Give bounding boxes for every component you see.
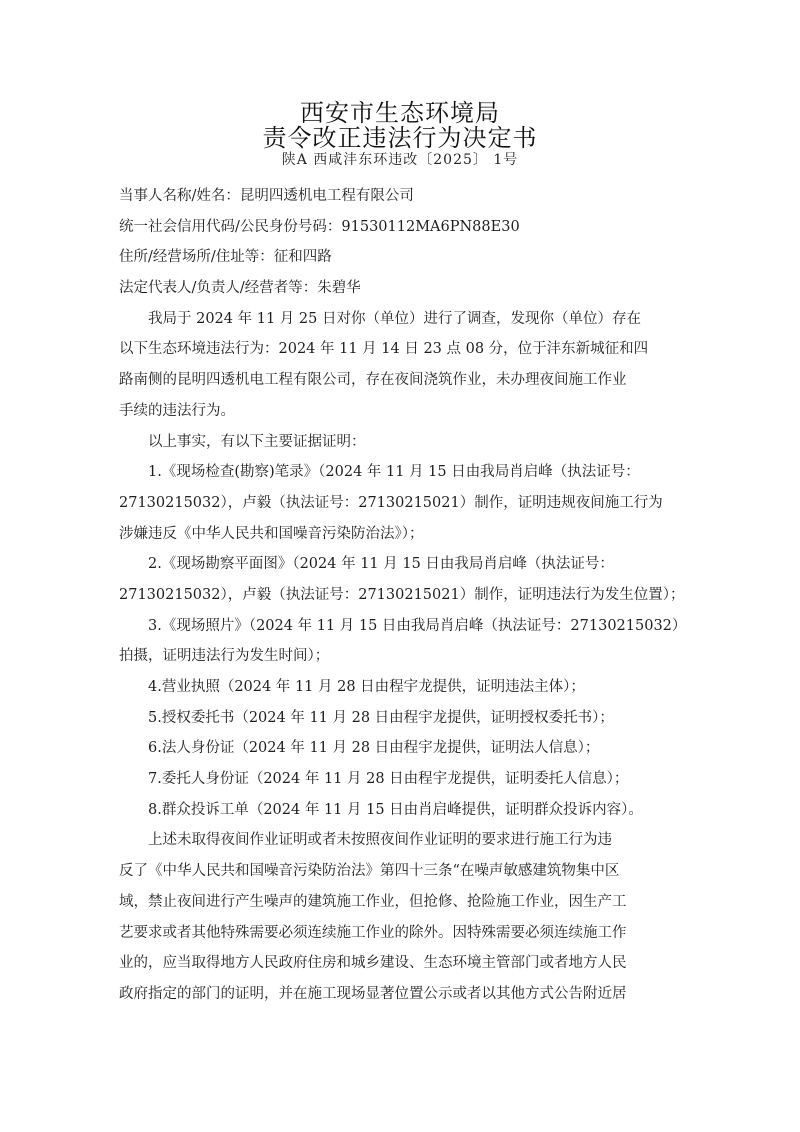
evidence-line: 涉嫌违反《中华人民共和国噪音污染防治法》）； [119,519,681,550]
evidence-item-8: 8.群众投诉工单（2024 年 11 月 15 日由肖启峰提供，证明群众投诉内容… [119,795,681,826]
legal-rep-row: 法定代表人/负责人/经营者等：朱碧华 [119,273,681,304]
evidence-line: 1.《现场检查(勘察)笔录》（2024 年 11 月 15 日由我局肖启峰（执法… [119,457,681,488]
credit-code-row: 统一社会信用代码/公民身份号码：91530112MA6PN88E30 [119,212,681,243]
evidence-list: 1.《现场检查(勘察)笔录》（2024 年 11 月 15 日由我局肖启峰（执法… [119,457,681,825]
credit-code-value: 91530112MA6PN88E30 [341,219,519,235]
legal-rep-label: 法定代表人/负责人/经营者等： [119,280,317,296]
document-title: 责令改正违法行为决定书 [0,124,800,152]
evidence-item-1: 1.《现场检查(勘察)笔录》（2024 年 11 月 15 日由我局肖启峰（执法… [119,457,681,549]
evidence-item-3: 3.《现场照片》（2024 年 11 月 15 日由我局肖启峰（执法证号：271… [119,611,681,672]
paragraph-line: 政府指定的部门的证明，并在施工现场显著位置公示或者以其他方式公告附近居 [119,979,681,1010]
paragraph-line: 业的，应当取得地方人民政府住房和城乡建设、生态环境主管部门或者地方人民 [119,948,681,979]
paragraph-line: 以下生态环境违法行为：2024 年 11 月 14 日 23 点 08 分，位于… [119,334,681,365]
party-name-label: 当事人名称/姓名： [119,188,240,204]
evidence-item-2: 2.《现场勘察平面图》（2024 年 11 月 15 日由我局肖启峰（执法证号：… [119,549,681,610]
evidence-intro: 以上事实，有以下主要证据证明： [119,427,681,458]
evidence-line: 27130215032），卢毅（执法证号：27130215021）制作，证明违法… [119,580,681,611]
evidence-line: 27130215032），卢毅（执法证号：27130215021）制作，证明违规… [119,488,681,519]
legal-rep-value: 朱碧华 [317,280,361,296]
evidence-line: 3.《现场照片》（2024 年 11 月 15 日由我局肖启峰（执法证号：271… [119,611,681,642]
paragraph-line: 域，禁止夜间进行产生噪声的建筑施工作业，但抢修、抢险施工作业，因生产工 [119,887,681,918]
agency-title: 西安市生态环境局 [0,99,800,127]
address-value: 征和四路 [274,249,332,265]
paragraph-line: 上述未取得夜间作业证明或者未按照夜间作业证明的要求进行施工行为违 [119,825,681,856]
party-name-row: 当事人名称/姓名：昆明四透机电工程有限公司 [119,181,681,212]
investigation-paragraph: 我局于 2024 年 11 月 25 日对你（单位）进行了调查，发现你（单位）存… [119,304,681,427]
address-label: 住所/经营场所/住址等： [119,249,274,265]
address-row: 住所/经营场所/住址等：征和四路 [119,242,681,273]
evidence-line: 拍摄，证明违法行为发生时间）； [119,641,681,672]
paragraph-line: 反了《中华人民共和国噪音污染防治法》第四十三条“在噪声敏感建筑物集中区 [119,856,681,887]
paragraph-line: 艺要求或者其他特殊需要必须连续施工作业的除外。因特殊需要必须连续施工作 [119,918,681,949]
document-number: 陕A 西咸沣东环违改〔2025〕 1号 [0,150,800,170]
violation-paragraph: 上述未取得夜间作业证明或者未按照夜间作业证明的要求进行施工行为违 反了《中华人民… [119,825,681,1009]
evidence-item-5: 5.授权委托书（2024 年 11 月 28 日由程宇龙提供，证明授权委托书）； [119,703,681,734]
evidence-line: 2.《现场勘察平面图》（2024 年 11 月 15 日由我局肖启峰（执法证号： [119,549,681,580]
evidence-item-7: 7.委托人身份证（2024 年 11 月 28 日由程宇龙提供，证明委托人信息）… [119,764,681,795]
evidence-item-6: 6.法人身份证（2024 年 11 月 28 日由程宇龙提供，证明法人信息）； [119,733,681,764]
document-page: 西安市生态环境局 责令改正违法行为决定书 陕A 西咸沣东环违改〔2025〕 1号… [0,0,800,1132]
paragraph-line: 路南侧的昆明四透机电工程有限公司，存在夜间浇筑作业，未办理夜间施工作业 [119,365,681,396]
party-name-value: 昆明四透机电工程有限公司 [240,188,414,204]
paragraph-line: 手续的违法行为。 [119,396,681,427]
credit-code-label: 统一社会信用代码/公民身份号码： [119,219,341,235]
document-body: 当事人名称/姓名：昆明四透机电工程有限公司 统一社会信用代码/公民身份号码：91… [119,181,681,1010]
evidence-item-4: 4.营业执照（2024 年 11 月 28 日由程宇龙提供，证明违法主体）； [119,672,681,703]
paragraph-line: 我局于 2024 年 11 月 25 日对你（单位）进行了调查，发现你（单位）存… [119,304,681,335]
